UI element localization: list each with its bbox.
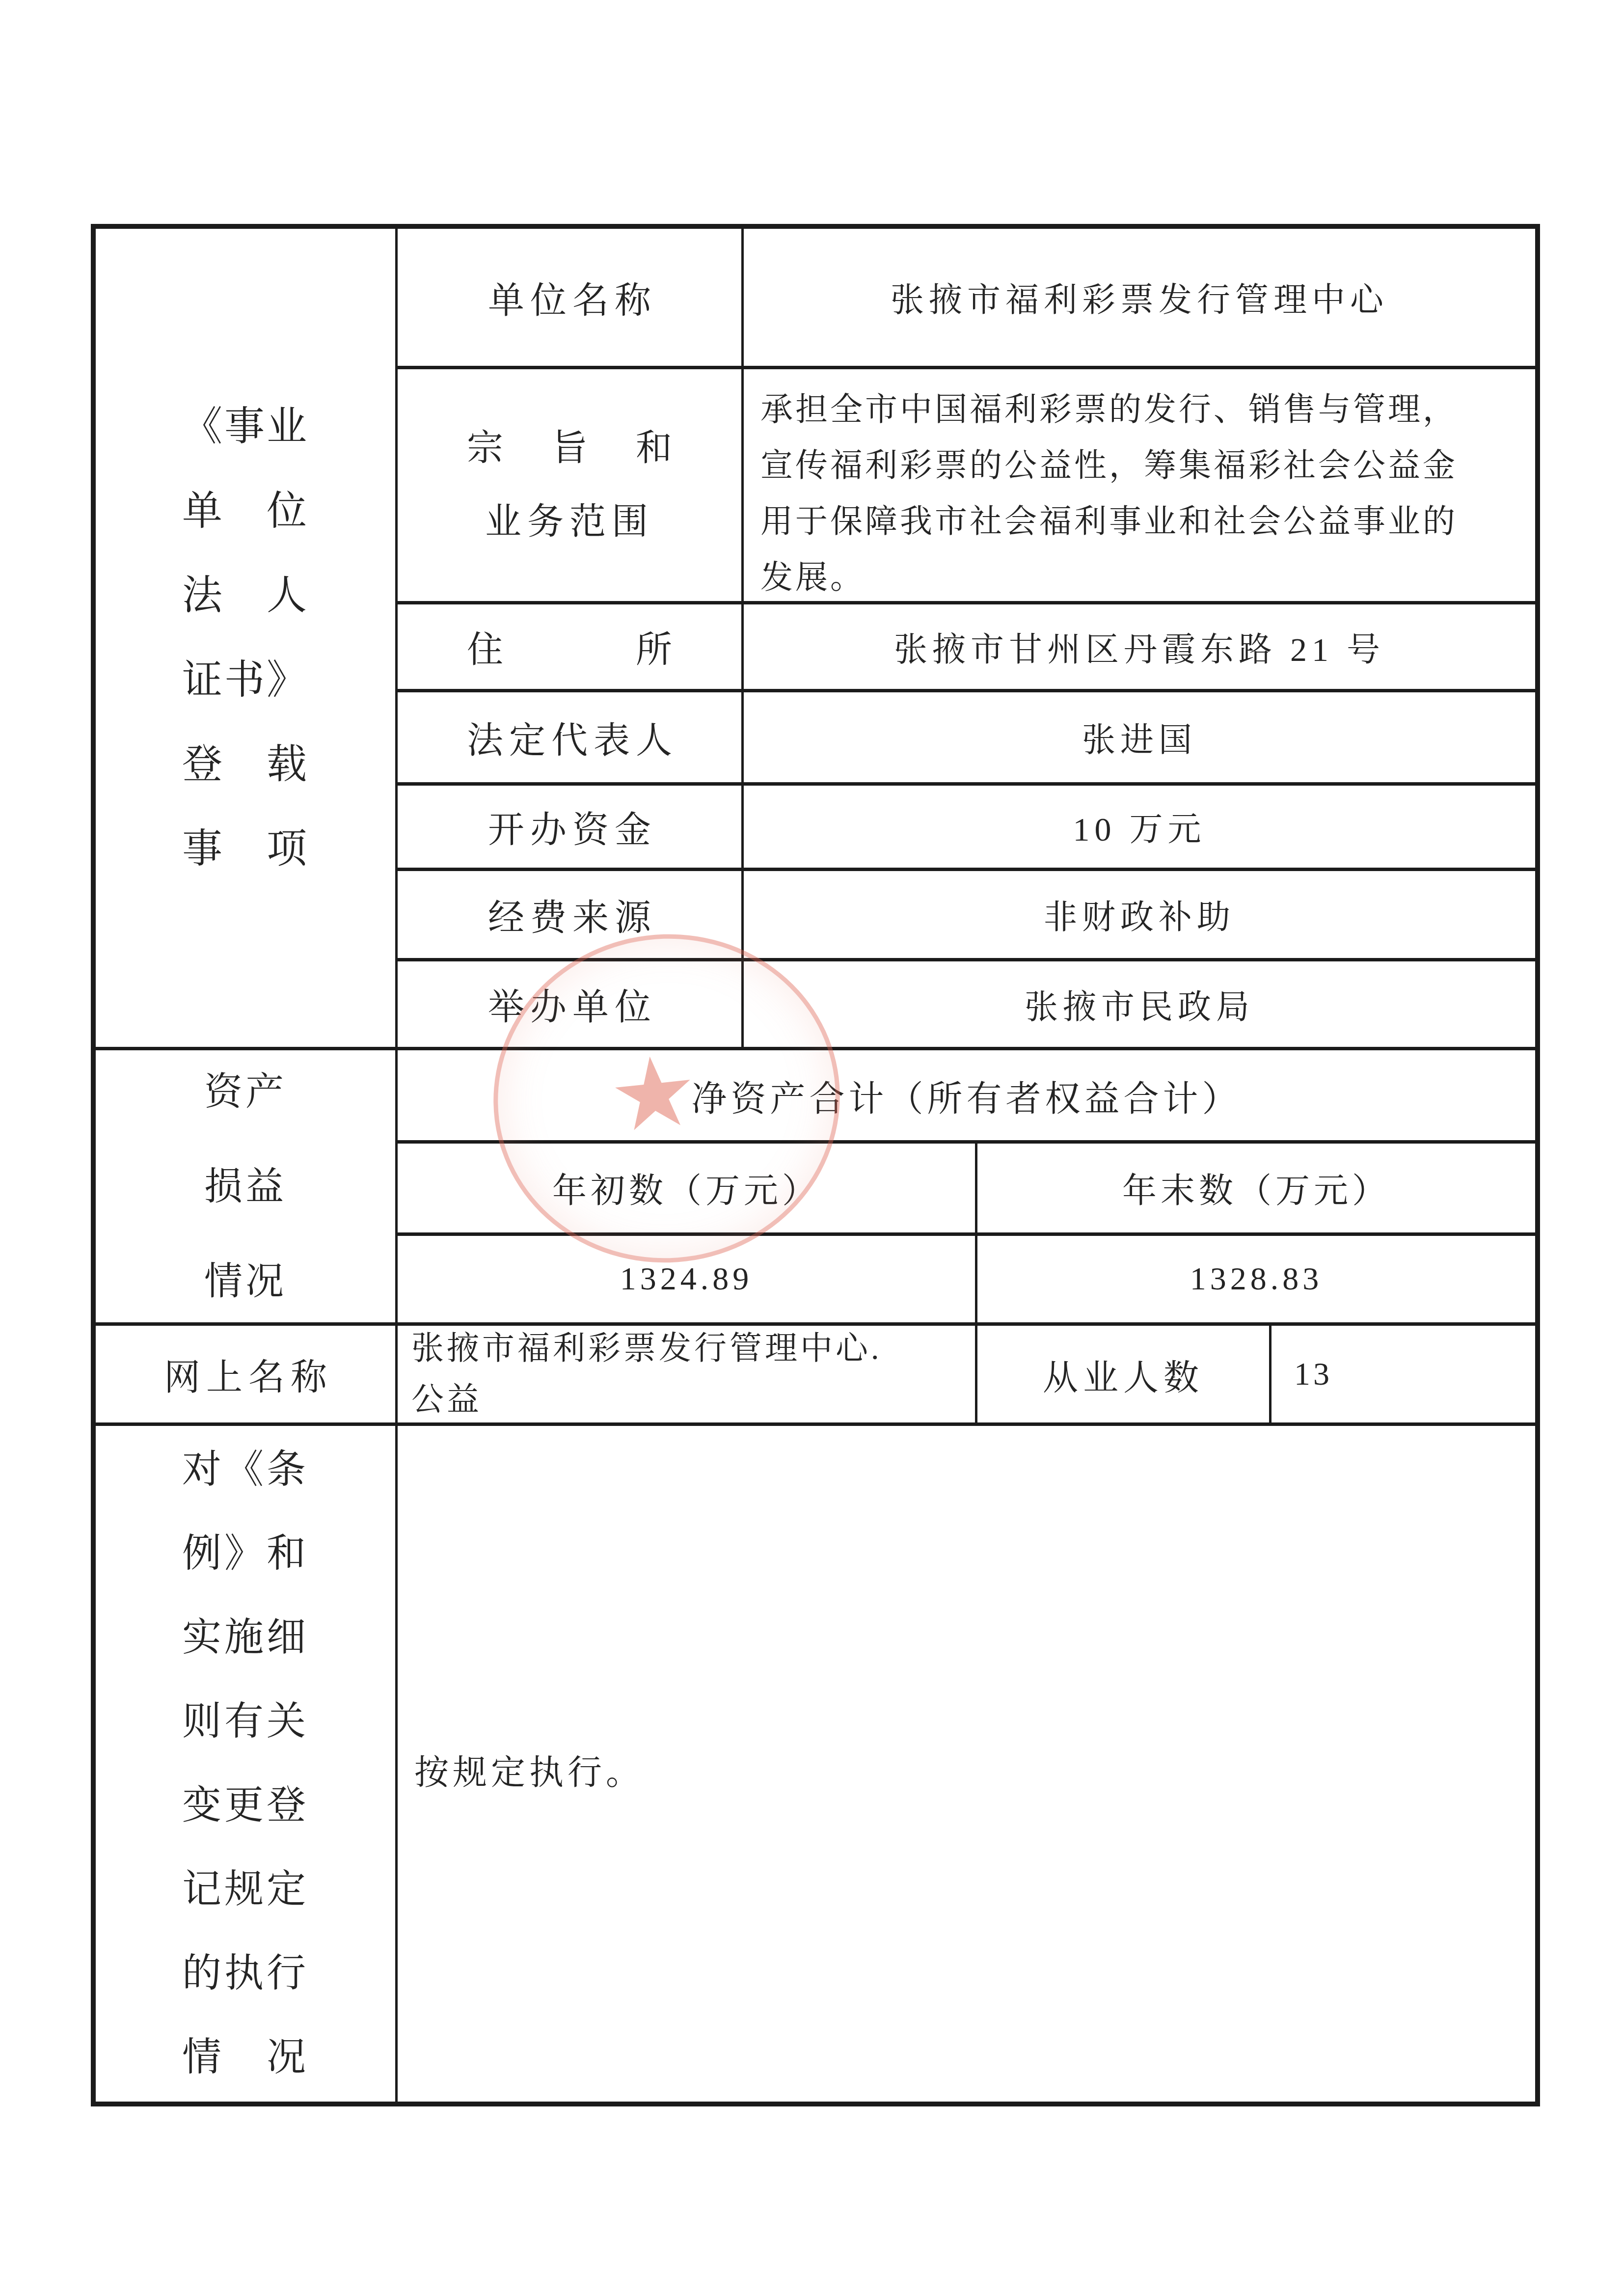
scanned-report-page: 《事业 单 位 法 人 证书》 登 载 事 项 单位名称 张掖市福利彩票发行管理… — [0, 0, 1623, 2296]
online-name-label: 网上名称 — [96, 1326, 398, 1426]
year-start-value: 1324.89 — [398, 1236, 977, 1326]
year-end-value: 1328.83 — [977, 1236, 1535, 1326]
assets-section-label: 资产 损益 情况 — [96, 1050, 398, 1326]
address-label: 住 所 — [398, 604, 744, 692]
initial-funding-label: 开办资金 — [398, 786, 744, 871]
unit-name-value: 张掖市福利彩票发行管理中心 — [744, 229, 1535, 369]
address-value: 张掖市甘州区丹霞东路 21 号 — [744, 604, 1535, 692]
purpose-scope-label: 宗 旨 和 业务范围 — [398, 369, 744, 604]
purpose-scope-value: 承担全市中国福利彩票的发行、销售与管理， 宣传福利彩票的公益性，筹集福彩社会公益… — [744, 369, 1535, 604]
staff-count-value: 13 — [1271, 1326, 1535, 1426]
net-assets-header: 净资产合计（所有者权益合计） — [398, 1050, 1535, 1144]
certificate-items-table: 《事业 单 位 法 人 证书》 登 载 事 项 单位名称 张掖市福利彩票发行管理… — [91, 224, 1540, 2106]
legal-representative-label: 法定代表人 — [398, 692, 744, 786]
year-end-column-header: 年末数（万元） — [977, 1144, 1535, 1236]
legal-representative-value: 张进国 — [744, 692, 1535, 786]
sponsor-unit-value: 张掖市民政局 — [744, 961, 1535, 1050]
compliance-value: 按规定执行。 — [398, 1426, 1535, 2102]
unit-name-label: 单位名称 — [398, 229, 744, 369]
year-start-column-header: 年初数（万元） — [398, 1144, 977, 1236]
compliance-section-label: 对《条 例》和 实施细 则有关 变更登 记规定 的执行 情 况 — [96, 1426, 398, 2102]
staff-count-label: 从业人数 — [977, 1326, 1271, 1426]
certificate-section-label: 《事业 单 位 法 人 证书》 登 载 事 项 — [96, 229, 398, 1050]
funding-source-label: 经费来源 — [398, 871, 744, 961]
initial-funding-value: 10 万元 — [744, 786, 1535, 871]
online-name-value: 张掖市福利彩票发行管理中心. 公益 — [398, 1326, 977, 1426]
funding-source-value: 非财政补助 — [744, 871, 1535, 961]
sponsor-unit-label: 举办单位 — [398, 961, 744, 1050]
